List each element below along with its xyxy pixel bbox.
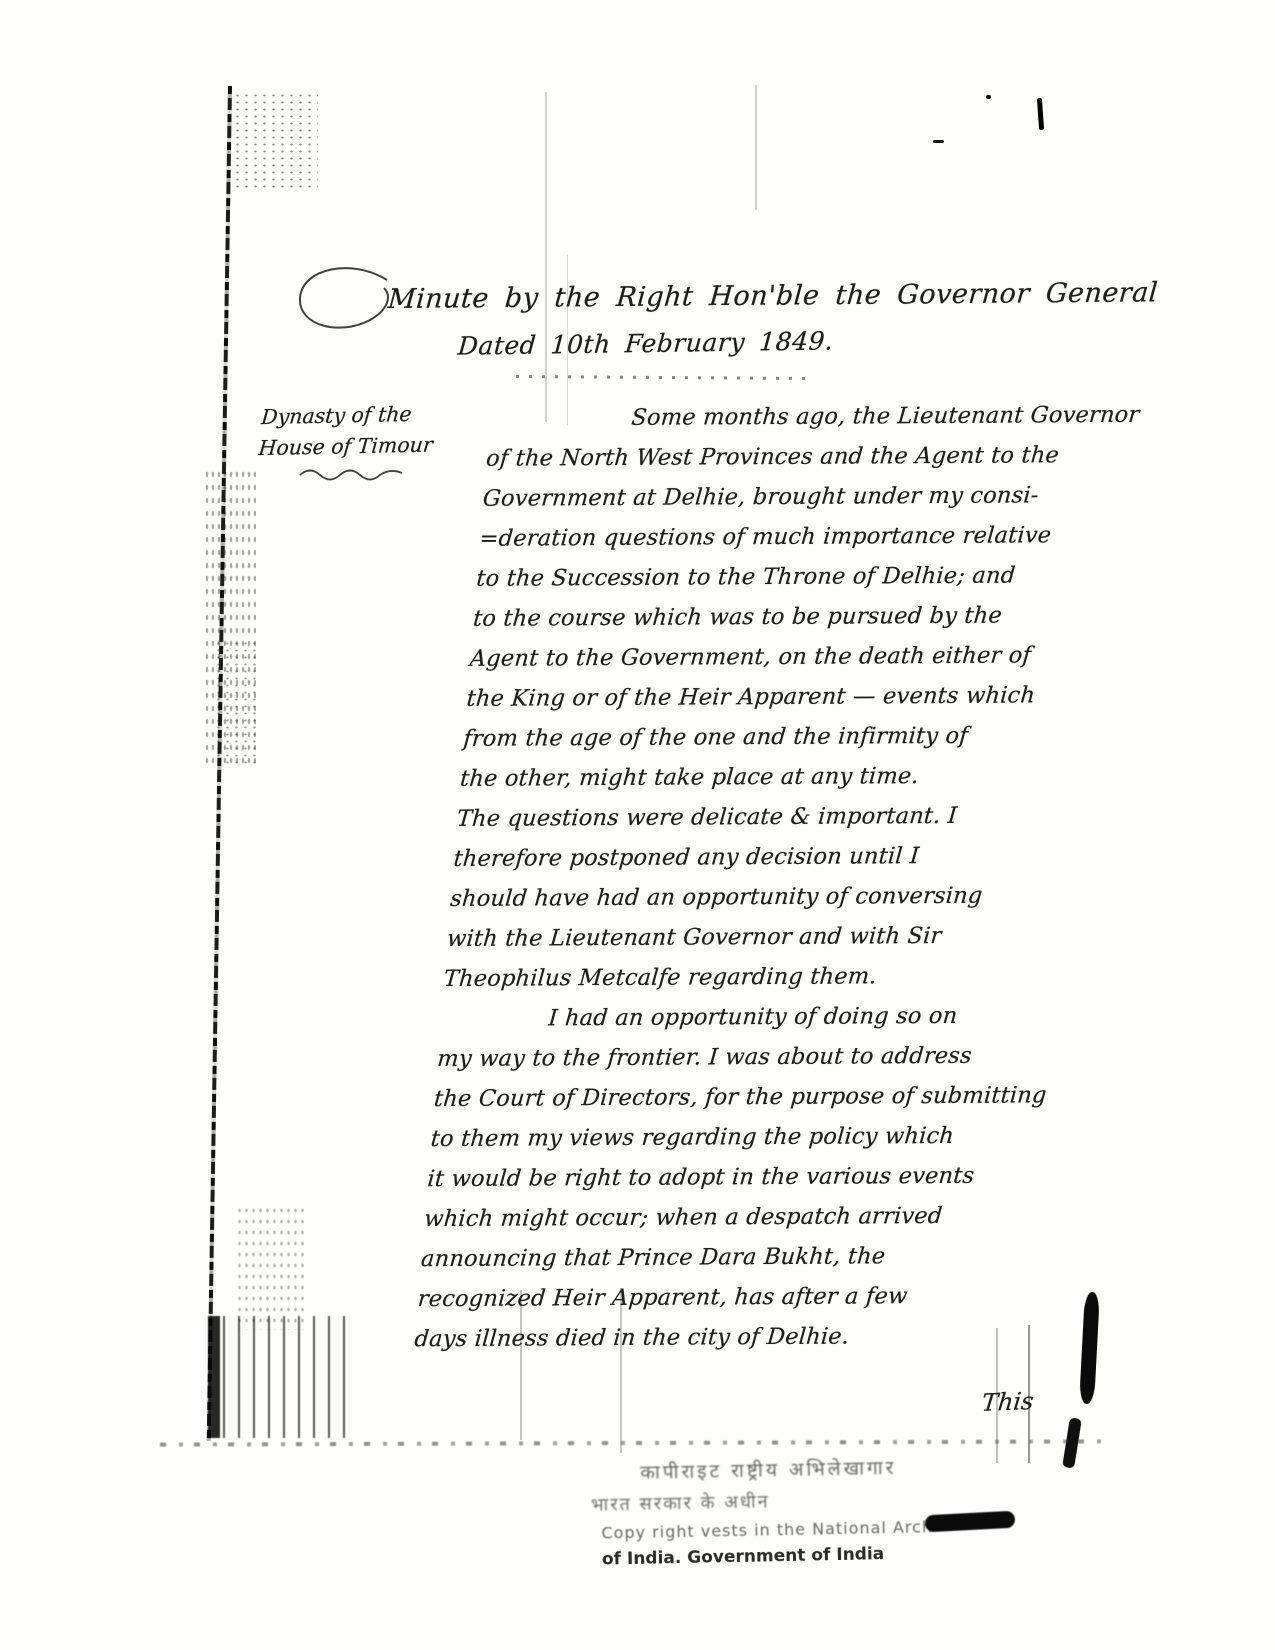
- fold-line-artifact: [755, 85, 757, 210]
- manuscript-line: to the course which was to be pursued by…: [472, 595, 1115, 639]
- manuscript-line: Agent to the Government, on the death ei…: [468, 635, 1111, 679]
- scan-speckle: [214, 640, 256, 765]
- manuscript-line: to the Succession to the Throne of Delhi…: [475, 555, 1118, 599]
- ink-smear-artifact: [925, 1511, 1016, 1533]
- margin-note-line: House of Timour: [257, 429, 460, 464]
- scan-mark-artifact: [986, 95, 991, 99]
- margin-note-underline: [298, 465, 423, 483]
- scan-streaks-artifact: [208, 1316, 348, 1438]
- scanned-manuscript-page: Minute by the Right Hon'ble the Governor…: [0, 0, 1275, 1650]
- manuscript-line: my way to the frontier. I was about to a…: [436, 1035, 1079, 1079]
- manuscript-line: Some months ago, the Lieutenant Governor: [488, 395, 1131, 439]
- manuscript-line: to them my views regarding the policy wh…: [429, 1115, 1072, 1159]
- stamp-line-devanagari: कापीराइट राष्ट्रीय अभिलेखागार: [640, 1454, 897, 1485]
- manuscript-line: from the age of the one and the infirmit…: [462, 715, 1105, 759]
- manuscript-line: days illness died in the city of Delhie.: [413, 1315, 1056, 1359]
- scan-mark-artifact: [933, 140, 944, 143]
- catchword: This: [980, 1387, 1035, 1417]
- manuscript-line: the Court of Directors, for the purpose …: [432, 1075, 1075, 1119]
- stamp-line: of India. Government of India: [602, 1544, 885, 1569]
- manuscript-line: Government at Delhie, brought under my c…: [481, 475, 1124, 519]
- manuscript-line: with the Lieutenant Governor and with Si…: [445, 915, 1088, 959]
- margin-note: Dynasty of the House of Timour: [257, 398, 462, 464]
- stamp-line-devanagari: भारत सरकार के अधीन: [591, 1489, 770, 1516]
- manuscript-line: the King or of the Heir Apparent — event…: [465, 675, 1108, 719]
- title-flourish: [292, 262, 402, 340]
- manuscript-line: the other, might take place at any time.: [459, 755, 1102, 799]
- manuscript-line: recognized Heir Apparent, has after a fe…: [416, 1275, 1059, 1319]
- scan-band-artifact: [160, 1439, 1105, 1446]
- manuscript-line: announcing that Prince Dara Bukht, the: [419, 1235, 1062, 1279]
- stamp-line: Copy right vests in the National Arch: [601, 1517, 933, 1542]
- manuscript-line: of the North West Provinces and the Agen…: [485, 435, 1128, 479]
- manuscript-line: which might occur; when a despatch arriv…: [423, 1195, 1066, 1239]
- manuscript-line: The questions were delicate & important.…: [455, 795, 1098, 839]
- fold-line-artifact: [545, 92, 547, 422]
- manuscript-line: I had an opportunity of doing so on: [439, 995, 1082, 1039]
- scan-speckle: [236, 1205, 308, 1330]
- date-line: Dated 10th February 1849.: [457, 326, 835, 360]
- margin-note-line: Dynasty of the: [260, 398, 463, 433]
- manuscript-line: therefore postponed any decision until I: [452, 835, 1095, 879]
- dotted-flourish: [516, 375, 812, 380]
- ink-blot-artifact: [1079, 1292, 1100, 1405]
- scan-speckle: [233, 92, 318, 192]
- scan-mark-artifact: [1037, 98, 1044, 130]
- manuscript-line: =deration questions of much importance r…: [478, 515, 1121, 559]
- page-title: Minute by the Right Hon'ble the Governor…: [387, 278, 1069, 315]
- manuscript-body: Some months ago, the Lieutenant Governor…: [413, 395, 1131, 1359]
- archive-stamp: कापीराइट राष्ट्रीय अभिलेखागार भारत सरकार…: [598, 1450, 1078, 1459]
- manuscript-line: it would be right to adopt in the variou…: [426, 1155, 1069, 1199]
- manuscript-line: should have had an opportunity of conver…: [449, 875, 1092, 919]
- manuscript-line: Theophilus Metcalfe regarding them.: [442, 955, 1085, 999]
